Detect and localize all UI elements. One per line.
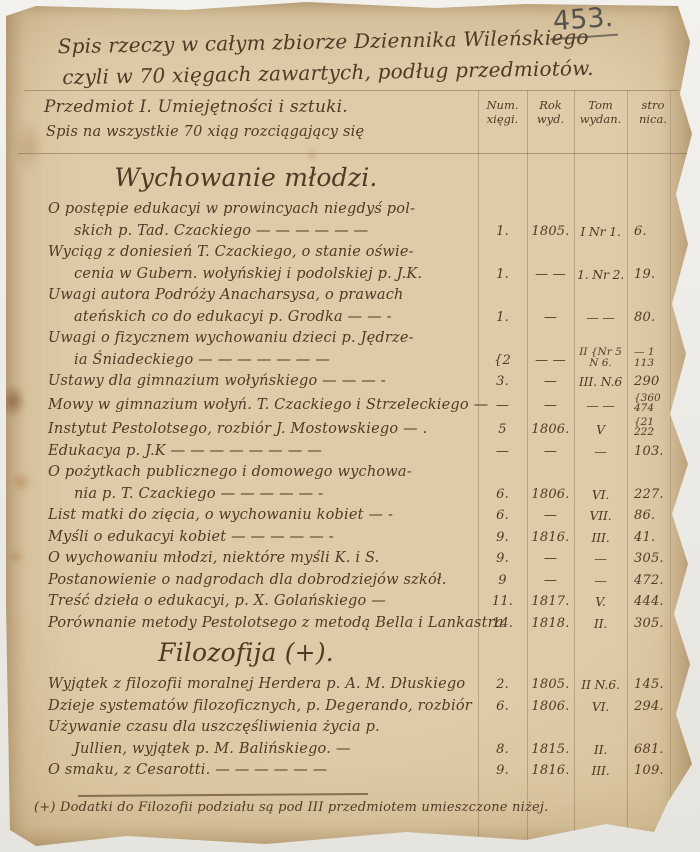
entry-title-line: O wychowaniu młodzi, niektóre myśli K. i… — [48, 548, 478, 570]
column-header-line: stro — [627, 98, 679, 112]
entry-volume: — — [574, 548, 627, 570]
entry-title-line: Wyciąg z doniesień T. Czackiego, o stani… — [48, 242, 478, 264]
entry-row: Mowy w gimnazium wołyń. T. Czackiego i S… — [6, 393, 696, 417]
entry-row: List matki do zięcia, o wychowaniu kobie… — [6, 505, 696, 527]
entry-title: O smaku, z Cesarotti. — — — — — — — [6, 760, 478, 782]
entry-row: Postanowienie o nadgrodach dla dobrodzie… — [6, 570, 696, 592]
entry-row: O postępie edukacyi w prowincyach niegdy… — [6, 199, 696, 242]
entry-year: — — [527, 441, 574, 463]
footnote: (+) Dodatki do Filozofii podziału są pod… — [34, 800, 689, 815]
entry-title-line: Porównanie metody Pestolotsego z metodą … — [48, 613, 478, 635]
entry-row: Wyjątek z filozofii moralnej Herdera p. … — [6, 674, 696, 696]
entry-row: Instytut Pestolotsego, rozbiór J. Mostow… — [6, 417, 696, 441]
entry-volume: VII. — [574, 505, 627, 527]
entry-title: Używanie czasu dla uszczęśliwienia życia… — [6, 717, 478, 760]
entry-title: Uwagi o fizycznem wychowaniu dzieci p. J… — [6, 328, 478, 371]
entry-book-number: 6. — [478, 484, 527, 506]
entry-book-number: 3. — [478, 371, 527, 393]
entry-title-line: List matki do zięcia, o wychowaniu kobie… — [48, 505, 478, 527]
entry-row: Ustawy dla gimnazium wołyńskiego — — — -… — [6, 371, 696, 393]
section-heading: Wychowanie młodzi. — [6, 159, 486, 199]
entry-title: O wychowaniu młodzi, niektóre myśli K. i… — [6, 548, 478, 570]
entry-page: 41. — [627, 527, 696, 549]
subject-subheading: Spis na wszystkie 70 xiąg rozciągający s… — [44, 124, 474, 140]
entry-title-line: Ustawy dla gimnazium wołyńskiego — — — - — [48, 371, 478, 393]
entry-title: Uwagi autora Podróży Anacharsysa, o praw… — [6, 285, 478, 328]
entry-book-number: 9. — [478, 548, 527, 570]
entry-title: Dzieje systematów filozoficznych, p. Deg… — [6, 696, 478, 718]
footnote-separator-rule — [78, 793, 368, 797]
entry-year: 1816. — [527, 527, 574, 549]
section-heading: Filozofija (+). — [6, 634, 486, 674]
paper: 453. Spis rzeczy w całym zbiorze Dzienni… — [6, 2, 696, 848]
entry-book-number: 1. — [478, 264, 527, 286]
entry-title: Postanowienie o nadgrodach dla dobrodzie… — [6, 570, 478, 592]
header-bottom-rule — [18, 153, 690, 154]
entry-title-line: Wyjątek z filozofii moralnej Herdera p. … — [48, 674, 478, 696]
entry-title: Porównanie metody Pestolotsego z metodą … — [6, 613, 478, 635]
entry-page: 19. — [627, 264, 696, 286]
entry-year: 1817. — [527, 591, 574, 613]
entry-year: 1806. — [527, 696, 574, 718]
entry-volume: — — — [574, 395, 627, 417]
entry-row: Wyciąg z doniesień T. Czackiego, o stani… — [6, 242, 696, 285]
entry-title: List matki do zięcia, o wychowaniu kobie… — [6, 505, 478, 527]
entry-row: O wychowaniu młodzi, niektóre myśli K. i… — [6, 548, 696, 570]
entry-title: Ustawy dla gimnazium wołyńskiego — — — - — [6, 371, 478, 393]
entry-title: Wyciąg z doniesień T. Czackiego, o stani… — [6, 242, 478, 285]
entry-title-line: Treść dzieła o edukacyi, p. X. Golańskie… — [48, 591, 478, 613]
entry-title-line: Używanie czasu dla uszczęśliwienia życia… — [48, 717, 478, 739]
entry-title-line: ia Śniadeckiego — — — — — — — — [48, 350, 478, 372]
entry-title: O postępie edukacyi w prowincyach niegdy… — [6, 199, 478, 242]
entry-page: 6. — [627, 221, 696, 243]
entry-year: — — — [527, 350, 574, 372]
column-header-line: wyd. — [527, 112, 574, 126]
entry-year: 1806. — [527, 484, 574, 506]
entry-book-number: 6. — [478, 505, 527, 527]
entry-year: — — [527, 395, 574, 417]
column-header-line: Rok — [527, 98, 574, 112]
entry-title-line: Edukacya p. J.K — — — — — — — — — [48, 441, 478, 463]
entry-title: Edukacya p. J.K — — — — — — — — — [6, 441, 478, 463]
entry-volume: — — [574, 570, 627, 592]
entry-title-line: Mowy w gimnazium wołyń. T. Czackiego i S… — [48, 395, 478, 417]
entry-page: {21 222 — [627, 417, 696, 441]
entry-row: Porównanie metody Pestolotsego z metodą … — [6, 613, 696, 635]
entry-row: Edukacya p. J.K — — — — — — — — — — — 10… — [6, 441, 696, 463]
entry-volume: VI. — [574, 696, 627, 718]
entry-page: 305. — [627, 613, 696, 635]
entry-row: Treść dzieła o edukacyi, p. X. Golańskie… — [6, 591, 696, 613]
entry-volume: III. N.6 — [574, 371, 627, 393]
entry-year: 1805. — [527, 674, 574, 696]
entry-year: — — [527, 505, 574, 527]
entry-book-number: — — [478, 441, 527, 463]
entry-title-line: O postępie edukacyi w prowincyach niegdy… — [48, 199, 478, 221]
entry-year: 1805. — [527, 221, 574, 243]
entry-book-number: 9 — [478, 570, 527, 592]
entry-book-number: 14. — [478, 613, 527, 635]
entry-page: 227. — [627, 484, 696, 506]
entry-title-line: Instytut Pestolotsego, rozbiór J. Mostow… — [48, 419, 478, 441]
entry-title: O pożytkach publicznego i domowego wycho… — [6, 462, 478, 505]
subject-heading: Przedmiot I. Umiejętności i sztuki. — [44, 97, 474, 117]
entry-row: Używanie czasu dla uszczęśliwienia życia… — [6, 717, 696, 760]
subject-block: Przedmiot I. Umiejętności i sztuki. Spis… — [44, 97, 474, 140]
entry-row: Myśli o edukacyi kobiet — — — — — - 9. 1… — [6, 527, 696, 549]
entry-title-line: Uwagi o fizycznem wychowaniu dzieci p. J… — [48, 328, 478, 350]
entry-title: Instytut Pestolotsego, rozbiór J. Mostow… — [6, 419, 478, 441]
entry-volume: — — [574, 441, 627, 463]
page-title: Spis rzeczy w całym zbiorze Dziennika Wi… — [58, 21, 659, 93]
column-header-line: Tom — [574, 98, 627, 112]
entry-book-number: 8. — [478, 739, 527, 761]
column-header-line: xięgi. — [478, 112, 527, 126]
entry-title-line: nia p. T. Czackiego — — — — — - — [48, 484, 478, 506]
entry-page: 80. — [627, 307, 696, 329]
entry-page: 103. — [627, 441, 696, 463]
entry-year: — — [527, 307, 574, 329]
entry-book-number: {2 — [478, 350, 527, 372]
entry-title-line: skich p. Tad. Czackiego — — — — — — — [48, 221, 478, 243]
column-header-line: nica. — [627, 112, 679, 126]
entry-book-number: 2. — [478, 674, 527, 696]
column-header-volume: Tom wydan. — [574, 98, 627, 126]
entry-volume: I Nr 1. — [574, 221, 627, 243]
entry-year: — — [527, 548, 574, 570]
entry-year: 1806. — [527, 419, 574, 441]
column-header-book-number: Num. xięgi. — [478, 98, 527, 126]
entries-area: Wychowanie młodzi. O postępie edukacyi w… — [6, 159, 696, 782]
entry-year: 1818. — [527, 613, 574, 635]
column-header-line: wydan. — [574, 112, 627, 126]
entry-volume: V. — [574, 591, 627, 613]
entry-book-number: 6. — [478, 696, 527, 718]
column-header-page: stro nica. — [627, 98, 679, 126]
entry-title-line: O pożytkach publicznego i domowego wycho… — [48, 462, 478, 484]
entry-page: 145. — [627, 674, 696, 696]
entry-title-line: cenia w Gubern. wołyńskiej i podolskiej … — [48, 264, 478, 286]
entry-year: — — [527, 371, 574, 393]
entry-book-number: 1. — [478, 221, 527, 243]
entry-row: O pożytkach publicznego i domowego wycho… — [6, 462, 696, 505]
entry-row: Dzieje systematów filozoficznych, p. Deg… — [6, 696, 696, 718]
entry-page: 472. — [627, 570, 696, 592]
entry-row: Uwagi autora Podróży Anacharsysa, o praw… — [6, 285, 696, 328]
entry-title: Mowy w gimnazium wołyń. T. Czackiego i S… — [6, 395, 478, 417]
entry-volume: 1. Nr 2. — [574, 264, 627, 286]
entry-title-line: Jullien, wyjątek p. M. Balińskiego. — — [48, 739, 478, 761]
entry-volume: III. — [574, 527, 627, 549]
entry-title-line: O smaku, z Cesarotti. — — — — — — — [48, 760, 478, 782]
entry-title: Treść dzieła o edukacyi, p. X. Golańskie… — [6, 591, 478, 613]
entry-page: — 1 113 — [627, 347, 696, 371]
entry-book-number: 5 — [478, 419, 527, 441]
entry-page: 681. — [627, 739, 696, 761]
entry-title: Wyjątek z filozofii moralnej Herdera p. … — [6, 674, 478, 696]
entry-year: — — — [527, 264, 574, 286]
column-header-year: Rok wyd. — [527, 98, 574, 126]
entry-book-number: 11. — [478, 591, 527, 613]
entry-page: {360 474 — [627, 393, 696, 417]
entry-year: 1816. — [527, 760, 574, 782]
entry-page: 444. — [627, 591, 696, 613]
entry-volume: VI. — [574, 484, 627, 506]
entry-book-number: 9. — [478, 760, 527, 782]
entry-page: 86. — [627, 505, 696, 527]
entry-book-number: 1. — [478, 307, 527, 329]
entry-year: 1815. — [527, 739, 574, 761]
entry-row: Uwagi o fizycznem wychowaniu dzieci p. J… — [6, 328, 696, 371]
entry-title-line: Uwagi autora Podróży Anacharsysa, o praw… — [48, 285, 478, 307]
entry-volume: II. — [574, 739, 627, 761]
entry-row: O smaku, z Cesarotti. — — — — — — 9. 181… — [6, 760, 696, 782]
entry-page: 109. — [627, 760, 696, 782]
entry-book-number: — — [478, 395, 527, 417]
entry-volume: II. — [574, 613, 627, 635]
entry-title: Myśli o edukacyi kobiet — — — — — - — [6, 527, 478, 549]
entry-volume: — — — [574, 307, 627, 329]
entry-volume: V — [574, 419, 627, 441]
entry-title-line: Dzieje systematów filozoficznych, p. Deg… — [48, 696, 478, 718]
entry-volume: II N.6. — [574, 674, 627, 696]
column-header-line: Num. — [478, 98, 527, 112]
scanned-page: 453. Spis rzeczy w całym zbiorze Dzienni… — [0, 0, 700, 852]
entry-volume: III. — [574, 760, 627, 782]
entry-page: 294. — [627, 696, 696, 718]
entry-year: — — [527, 570, 574, 592]
entry-title-line: Postanowienie o nadgrodach dla dobrodzie… — [48, 570, 478, 592]
entry-volume: II {Nr 5 N 6. — [574, 347, 627, 371]
entry-book-number: 9. — [478, 527, 527, 549]
entry-page: 290 — [627, 371, 696, 393]
entry-page: 305. — [627, 548, 696, 570]
entry-title-line: ateńskich co do edukacyi p. Grodka — — - — [48, 307, 478, 329]
entry-title-line: Myśli o edukacyi kobiet — — — — — - — [48, 527, 478, 549]
